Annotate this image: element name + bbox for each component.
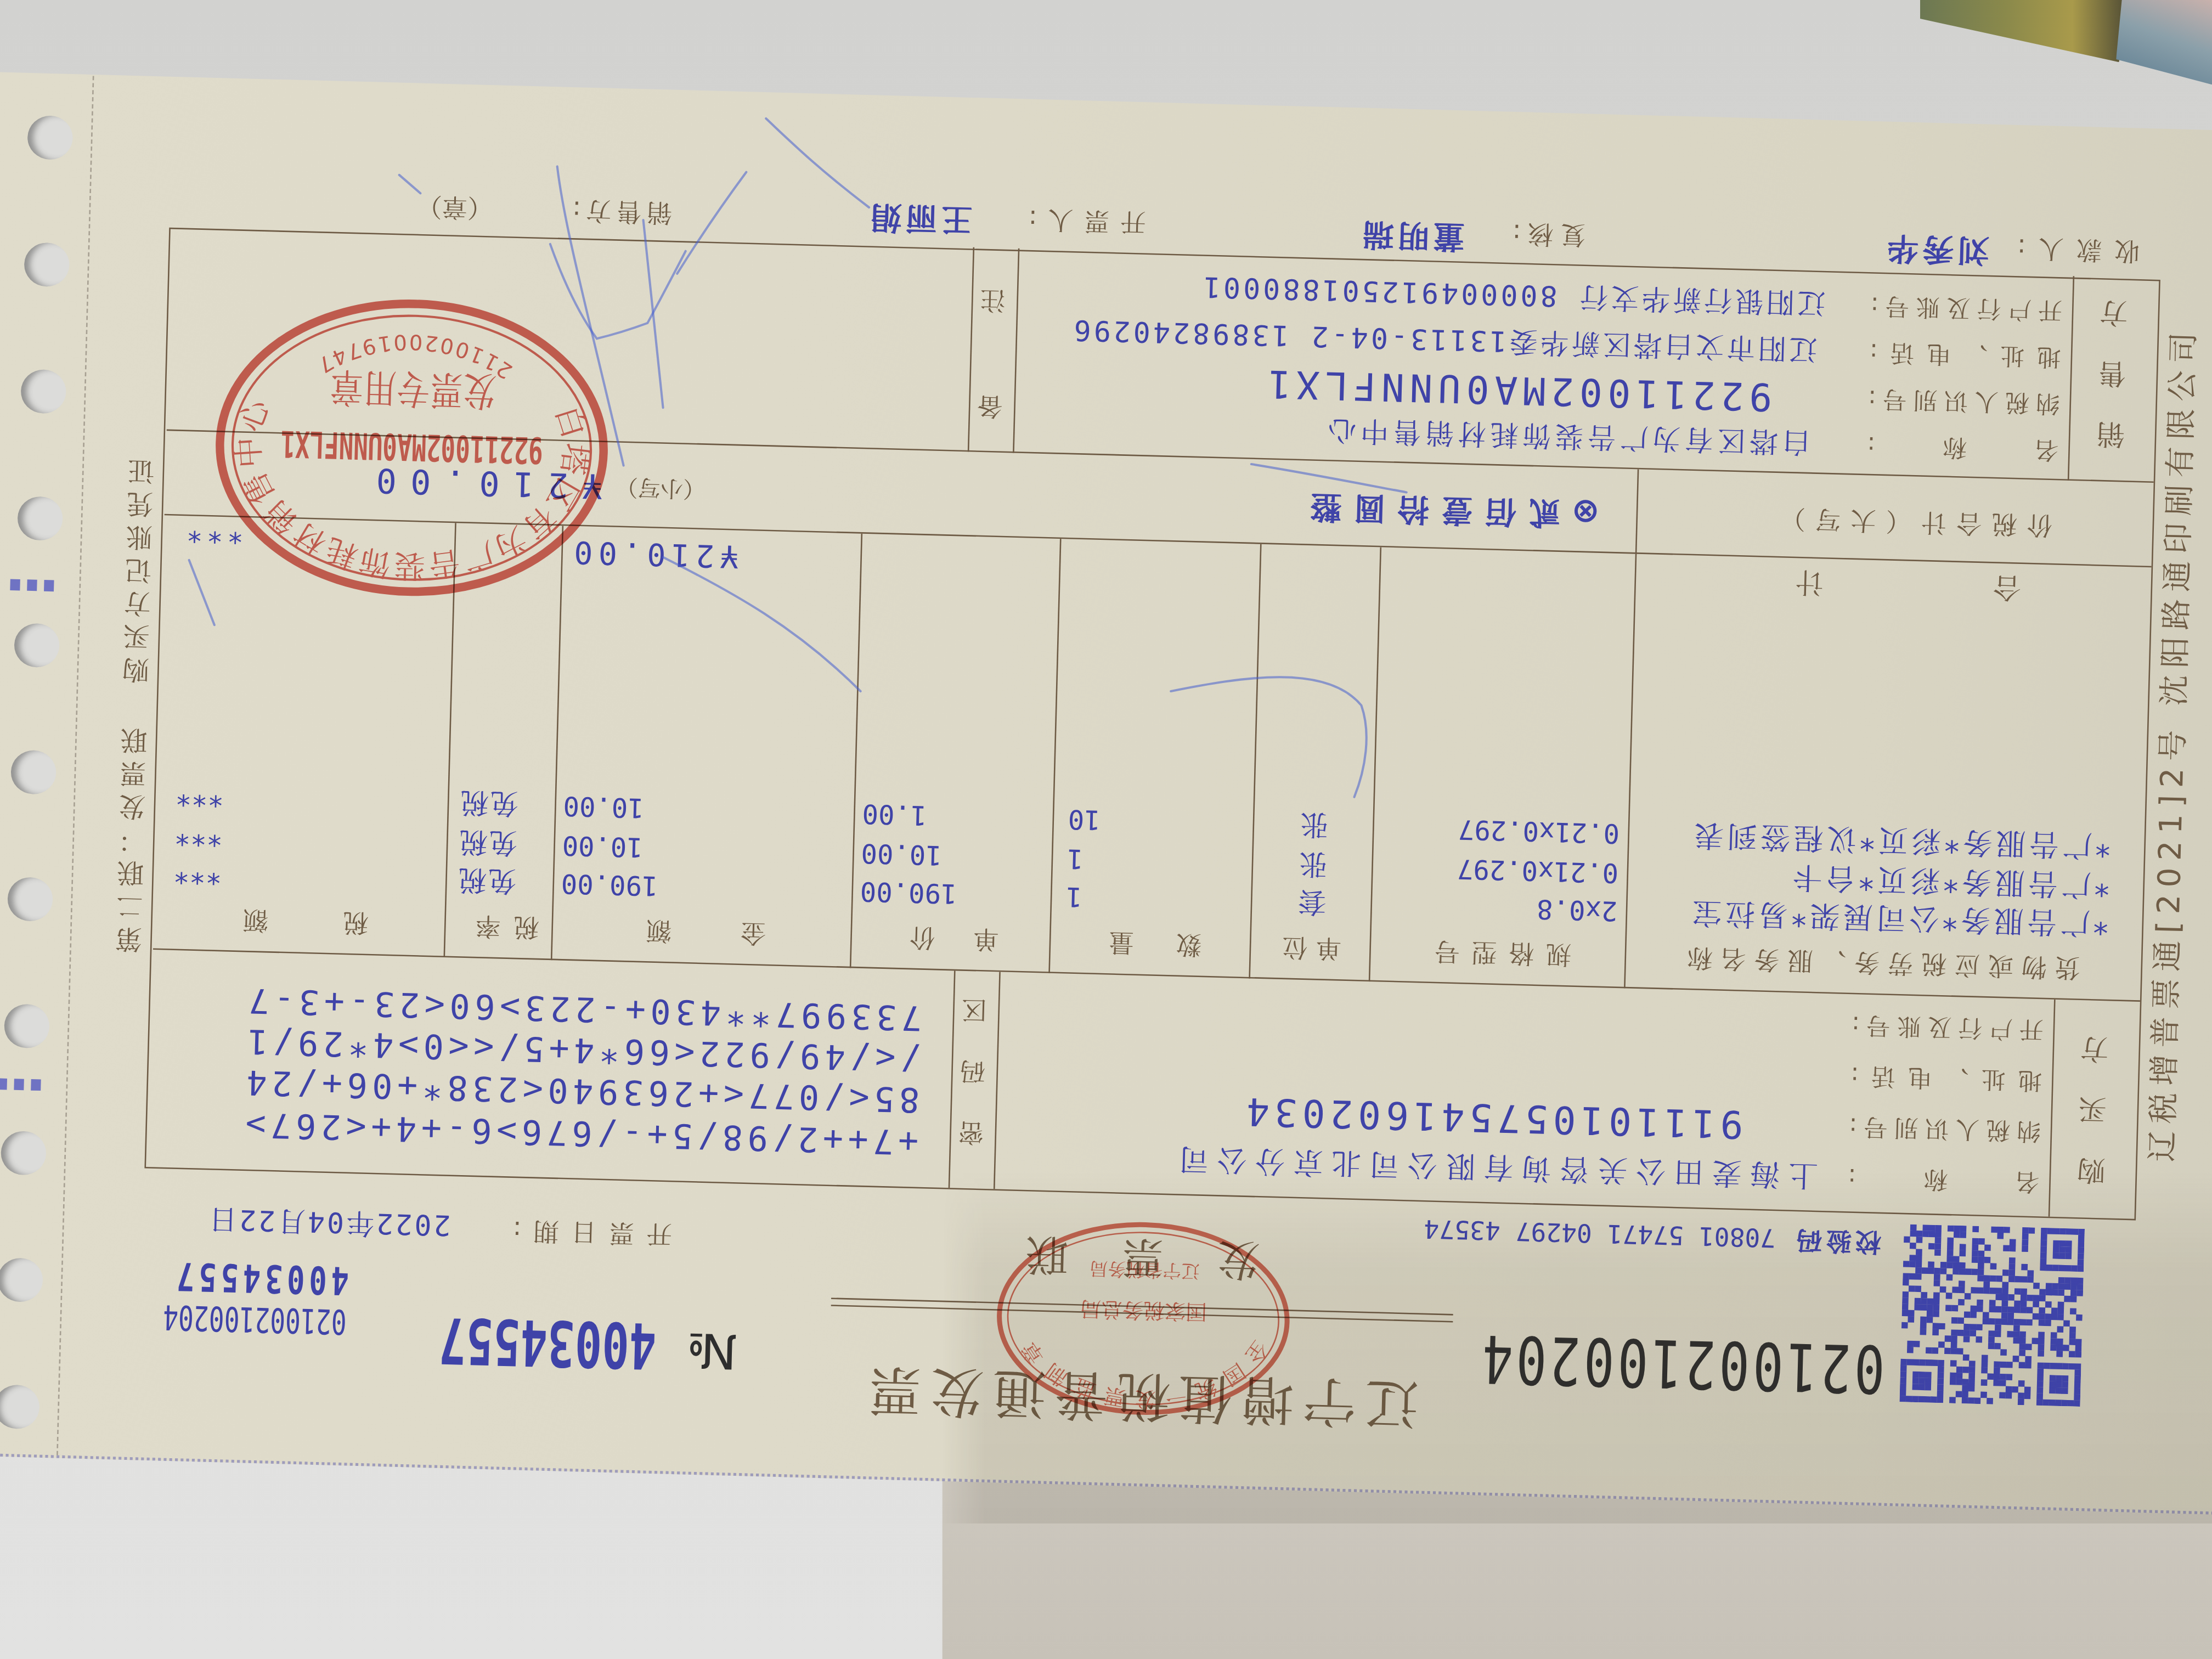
pen-stroke bbox=[663, 557, 861, 691]
pen-stroke bbox=[644, 220, 663, 408]
pen-stroke bbox=[766, 119, 869, 207]
pen-stroke bbox=[550, 244, 686, 338]
pen-stroke bbox=[1251, 464, 1407, 492]
pen-stroke bbox=[1171, 677, 1366, 797]
pen-stroke bbox=[189, 560, 215, 625]
pen-stroke bbox=[557, 166, 624, 465]
pen-marks bbox=[0, 0, 2212, 1659]
pen-stroke bbox=[399, 175, 421, 193]
pen-stroke bbox=[677, 172, 746, 274]
photo-stage: 021002100204 校验码 70801 57471 04297 43574… bbox=[0, 0, 2212, 1659]
